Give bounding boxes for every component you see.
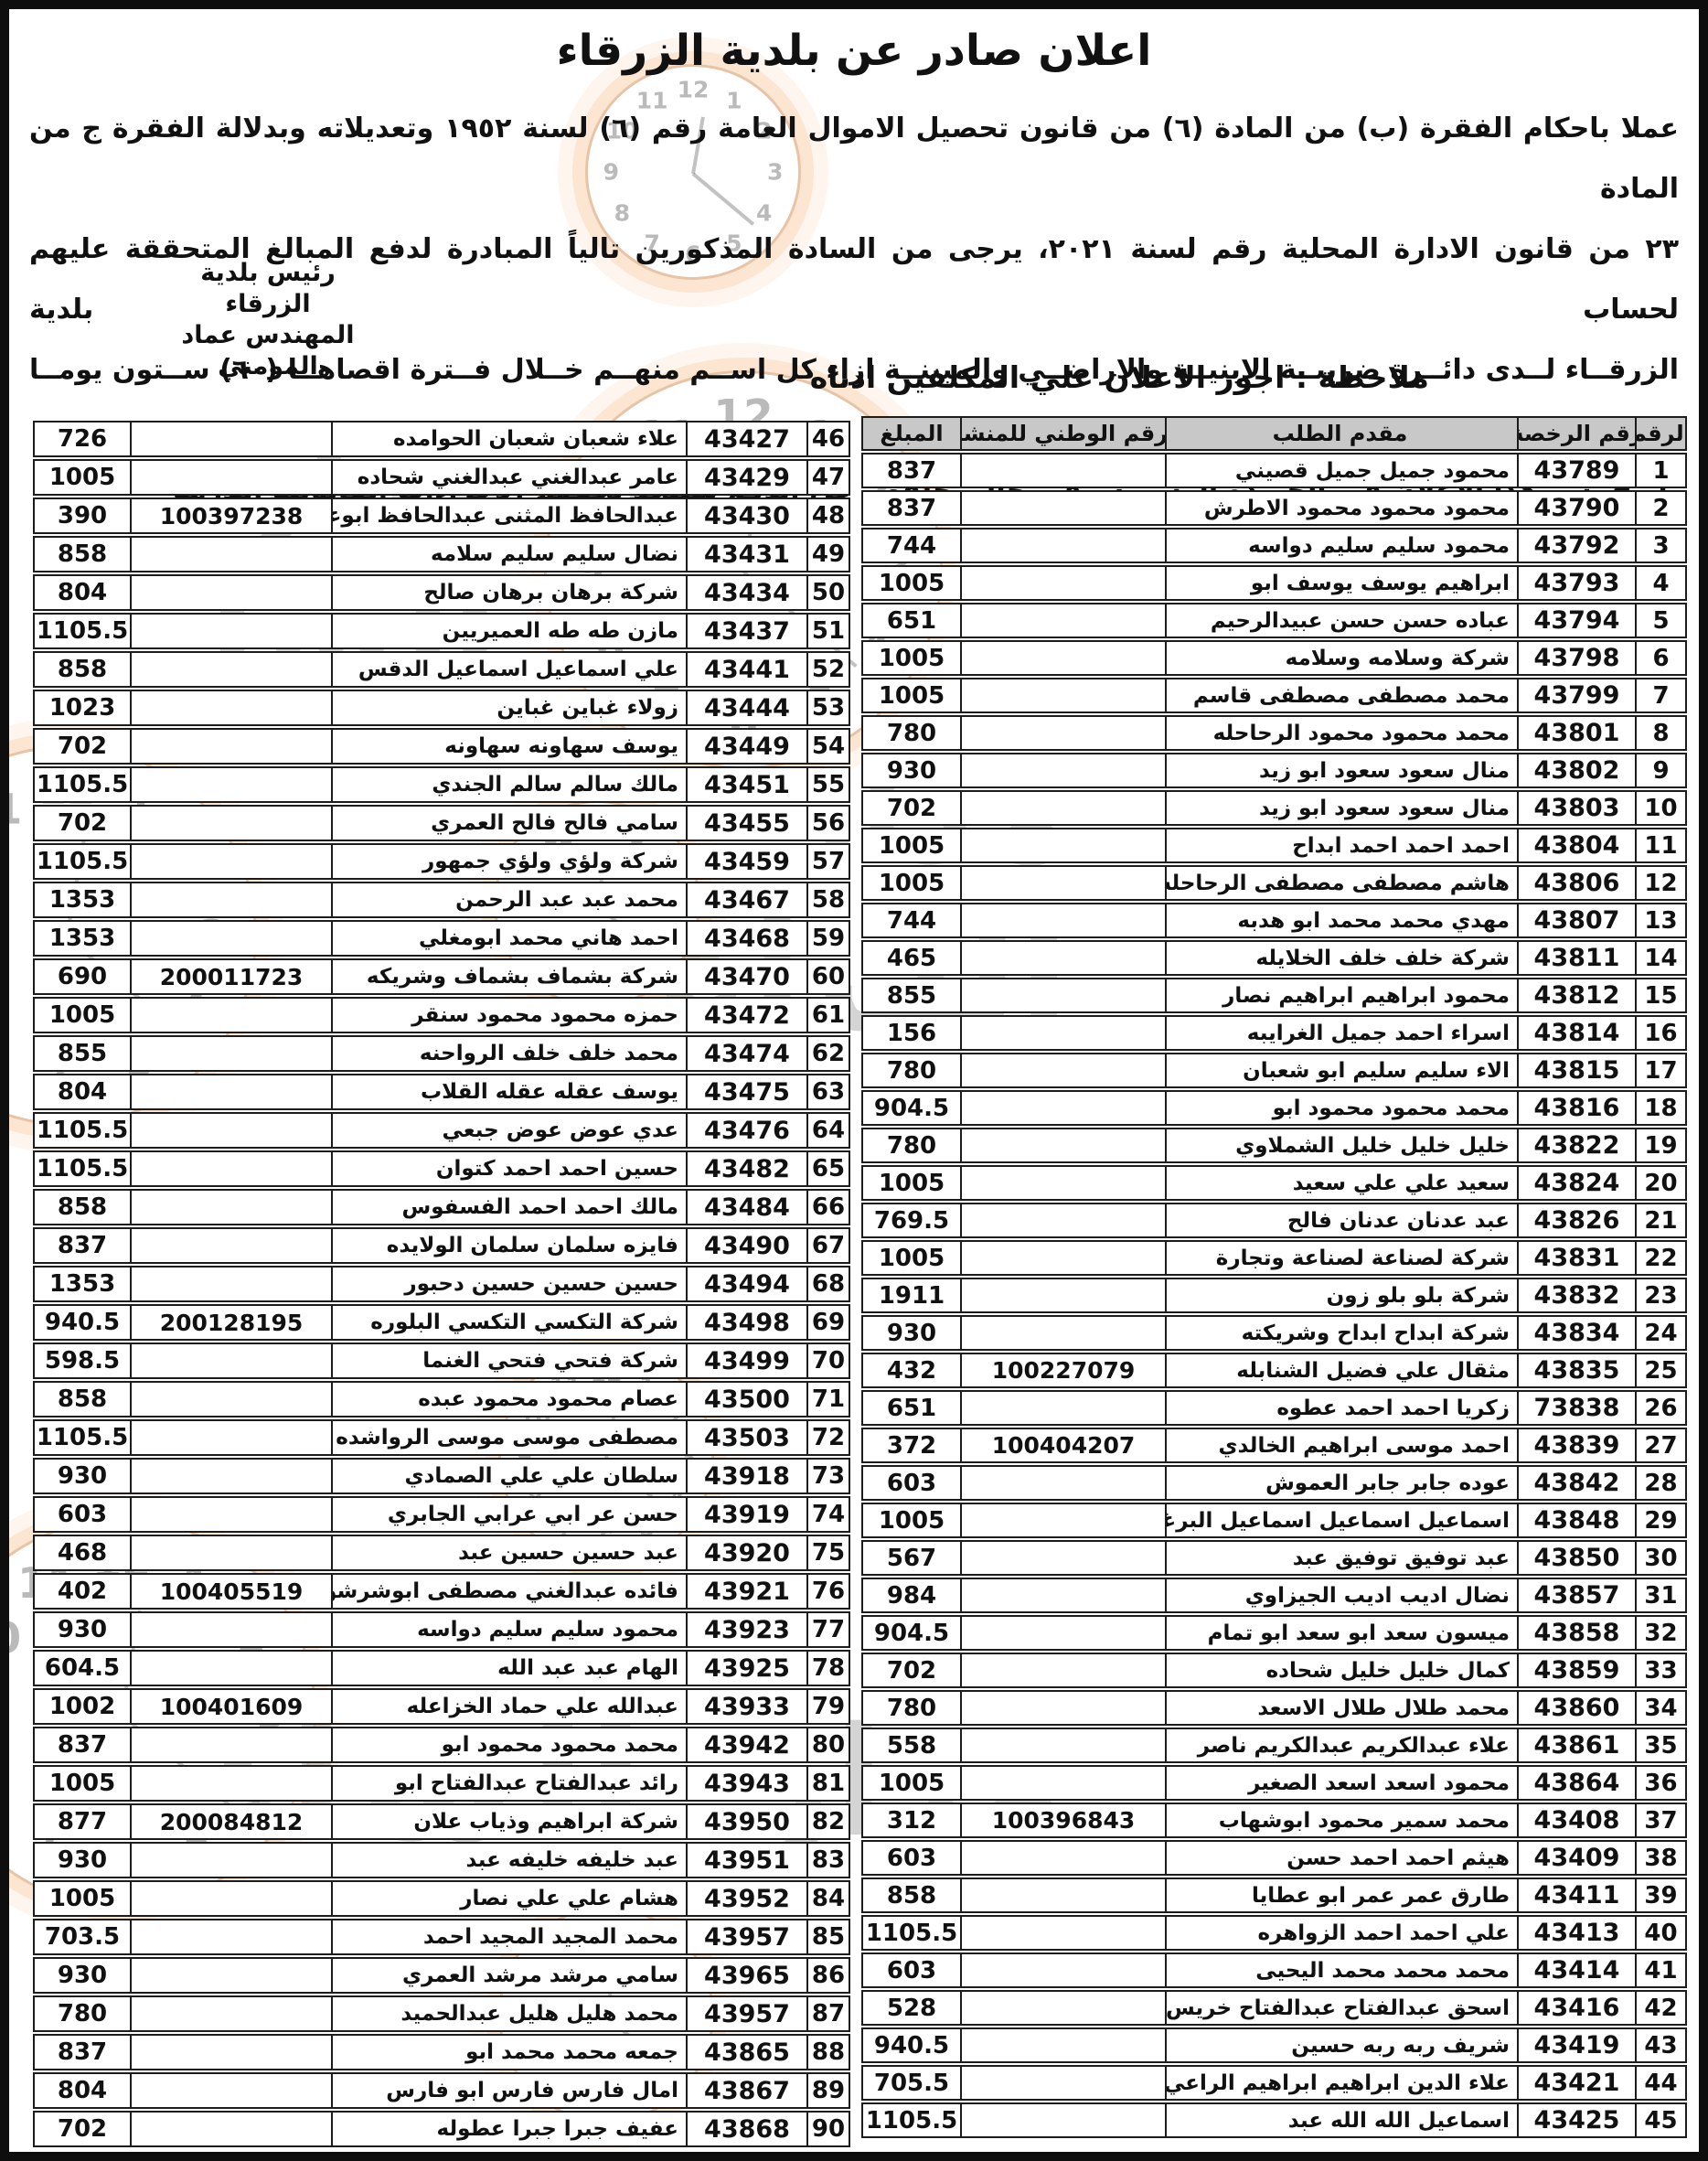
national-id (960, 1765, 1167, 1801)
applicant-name: رائد عبدالفتاح عبدالفتاح ابو (331, 1765, 688, 1802)
national-id (130, 1150, 333, 1187)
national-id (130, 651, 333, 688)
table-row: 8743957محمد هليل هليل عبدالحميد780 (33, 1995, 850, 2032)
license-number: 43790 (1517, 490, 1637, 526)
table-row: 4243416اسحق عبدالفتاح عبدالفتاح خريس528 (861, 1990, 1687, 2026)
table-row: 3943411طارق عمر عمر ابو عطايا858 (861, 1878, 1687, 1913)
row-number: 3 (1635, 528, 1687, 563)
table-row: 8343951عبد خليفه خليفه عبد930 (33, 1842, 850, 1878)
license-number: 43842 (1517, 1465, 1637, 1501)
table-row: 5343444زولاء غباين غباين1023 (33, 690, 850, 726)
table-row: 2743839احمد موسى ابراهيم الخالدي10040420… (861, 1428, 1687, 1463)
national-id (960, 640, 1167, 676)
applicant-name: ميسون سعد ابو سعد ابو تمام (1165, 1615, 1519, 1651)
national-id (960, 1390, 1167, 1426)
applicant-name: هشام علي علي نصار (331, 1880, 688, 1917)
amount: 858 (33, 1189, 132, 1225)
signature-title: رئيس بلدية الزرقاء (154, 258, 382, 320)
license-number: 43952 (686, 1880, 808, 1917)
applicant-name: جمعه محمد محمد ابو (331, 2034, 688, 2070)
license-number: 43437 (686, 613, 808, 649)
table-row: 2543835مثقال علي فضيل الشنابله1002270794… (861, 1353, 1687, 1388)
amount: 984 (861, 1578, 962, 1613)
table-row: 2943848اسماعيل اسماعيل اسماعيل البرغوثي1… (861, 1503, 1687, 1538)
applicant-name: محمود ابراهيم ابراهيم نصار (1165, 978, 1519, 1013)
amount: 744 (861, 903, 962, 938)
national-id (130, 1727, 333, 1763)
table-row: 4543425اسماعيل الله الله عبد1105.5 (861, 2102, 1687, 2138)
amount: 780 (861, 1128, 962, 1163)
table-row: 3543861علاء عبدالكريم عبدالكريم ناصر558 (861, 1728, 1687, 1763)
applicant-name: محمود سليم سليم دواسه (331, 1611, 688, 1648)
national-id (960, 528, 1167, 563)
amount: 1005 (33, 1880, 132, 1917)
row-number: 11 (1635, 828, 1687, 863)
license-number: 43933 (686, 1688, 808, 1725)
amount: 930 (33, 1611, 132, 1648)
paragraph-line: عملا باحكام الفقرة (ب) من المادة (٦) من … (29, 99, 1679, 219)
row-number: 24 (1635, 1315, 1687, 1351)
national-id (130, 805, 333, 841)
row-number: 27 (1635, 1428, 1687, 1463)
license-number: 43957 (686, 1995, 808, 2032)
national-id (130, 843, 333, 880)
applicant-name: محمد مصطفى مصطفى قاسم (1165, 678, 1519, 713)
license-number: 43499 (686, 1343, 808, 1379)
license-number: 43476 (686, 1112, 808, 1149)
amount: 1005 (861, 1165, 962, 1201)
applicant-name: شركة لصناعة لصناعة وتجارة (1165, 1240, 1519, 1276)
amount: 468 (33, 1535, 132, 1571)
license-number: 43950 (686, 1803, 808, 1840)
table-row: 2673838زكريا احمد احمد عطوه651 (861, 1390, 1687, 1426)
table-row: 7343918سلطان علي علي الصمادي930 (33, 1458, 850, 1494)
row-number: 32 (1635, 1615, 1687, 1651)
national-id (960, 1915, 1167, 1951)
national-id (130, 1035, 333, 1072)
table-row: 3843409هيثم احمد احمد حسن603 (861, 1840, 1687, 1876)
applicant-name: سعيد علي علي سعيد (1165, 1165, 1519, 1201)
license-number: 43835 (1517, 1353, 1637, 1388)
row-number: 5 (1635, 603, 1687, 638)
amount: 372 (861, 1428, 962, 1463)
national-id (960, 1053, 1167, 1088)
table-row: 4943431نضال سليم سليم سلامه858 (33, 536, 850, 572)
national-id (130, 536, 333, 572)
applicant-name: شركة ابراهيم وذياب علان (331, 1803, 688, 1840)
row-number: 53 (806, 690, 850, 726)
clock-digit: 7 (0, 1038, 8, 1086)
national-id (960, 790, 1167, 826)
row-number: 25 (1635, 1353, 1687, 1388)
applicant-name: علاء شعبان شعبان الحوامده (331, 421, 688, 457)
row-number: 89 (806, 2072, 850, 2109)
table-row: 1243806هاشم مصطفى مصطفى الرحاحله1005 (861, 865, 1687, 901)
license-number: 43918 (686, 1458, 808, 1494)
national-id (130, 1458, 333, 1494)
table-row: 543794عباده حسن حسن عبيدالرحيم651 (861, 603, 1687, 638)
national-id: 200011723 (130, 958, 333, 995)
table-row: 3143857نضال اديب اديب الجيزاوي984 (861, 1578, 1687, 1613)
applicant-name: شريف ربه ربه حسين (1165, 2027, 1519, 2063)
applicant-name: ابراهيم يوسف يوسف ابو (1165, 565, 1519, 601)
amount: 558 (861, 1728, 962, 1763)
table-row: 1643814اسراء احمد جميل الغرايبه156 (861, 1015, 1687, 1051)
row-number: 72 (806, 1419, 850, 1456)
applicant-name: علاء الدين ابراهيم ابراهيم الراعي (1165, 2065, 1519, 2101)
row-number: 79 (806, 1688, 850, 1725)
license-number: 43441 (686, 651, 808, 688)
national-id (960, 678, 1167, 713)
license-number: 43860 (1517, 1690, 1637, 1726)
license-number: 43839 (1517, 1428, 1637, 1463)
row-number: 4 (1635, 565, 1687, 601)
national-id (130, 766, 333, 803)
table-row: 1043803منال سعود سعود ابو زيد702 (861, 790, 1687, 826)
table-row: 7143500عصام محمود محمود عبده858 (33, 1381, 850, 1417)
amount: 858 (861, 1878, 962, 1913)
amount: 1353 (33, 920, 132, 957)
license-number: 43430 (686, 497, 808, 534)
national-id (130, 1266, 333, 1302)
row-number: 33 (1635, 1653, 1687, 1688)
table-row: 5443449يوسف سهاونه سهاونه702 (33, 728, 850, 765)
row-number: 58 (806, 882, 850, 918)
row-number: 19 (1635, 1128, 1687, 1163)
row-number: 49 (806, 536, 850, 572)
national-id (130, 1112, 333, 1149)
row-number: 69 (806, 1304, 850, 1341)
row-number: 51 (806, 613, 850, 649)
applicant-name: محمود محمود محمود الاطرش (1165, 490, 1519, 526)
license-number: 43942 (686, 1727, 808, 1763)
applicant-name: شركة بلو بلو زون (1165, 1278, 1519, 1313)
amount: 690 (33, 958, 132, 995)
amount: 1105.5 (33, 1112, 132, 1149)
amount: 1353 (33, 1266, 132, 1302)
row-number: 35 (1635, 1728, 1687, 1763)
national-id (130, 1995, 333, 2032)
table-row: 8643965سامي مرشد مرشد العمري930 (33, 1957, 850, 1994)
applicant-name: محمد محمود محمود الرحاحله (1165, 715, 1519, 751)
license-number: 43850 (1517, 1540, 1637, 1576)
amount: 651 (861, 1390, 962, 1426)
license-number: 43431 (686, 536, 808, 572)
table-row: 7543920عبد حسين حسين عبد468 (33, 1535, 850, 1571)
amount: 598.5 (33, 1343, 132, 1379)
row-number: 45 (1635, 2102, 1687, 2138)
license-number: 43857 (1517, 1578, 1637, 1613)
license-number: 43811 (1517, 940, 1637, 976)
license-number: 43834 (1517, 1315, 1637, 1351)
row-number: 22 (1635, 1240, 1687, 1276)
amount: 804 (33, 574, 132, 611)
applicant-name: فايزه سلمان سلمان الولايده (331, 1227, 688, 1264)
row-number: 56 (806, 805, 850, 841)
amount: 1005 (861, 828, 962, 863)
table-row: 1743815الاء سليم سليم ابو شعبان780 (861, 1053, 1687, 1088)
national-id (960, 865, 1167, 901)
license-number: 43861 (1517, 1728, 1637, 1763)
row-number: 85 (806, 1919, 850, 1955)
license-number: 43812 (1517, 978, 1637, 1013)
row-number: 75 (806, 1535, 850, 1571)
amount: 855 (33, 1035, 132, 1072)
table-row: 2443834شركة ابداح ابداح وشريكته930 (861, 1315, 1687, 1351)
applicant-name: اسماعيل اسماعيل اسماعيل البرغوثي (1165, 1503, 1519, 1538)
amount: 726 (33, 421, 132, 457)
applicant-name: اسحق عبدالفتاح عبدالفتاح خريس (1165, 1990, 1519, 2026)
row-number: 17 (1635, 1053, 1687, 1088)
license-number: 43794 (1517, 603, 1637, 638)
license-number: 43455 (686, 805, 808, 841)
row-number: 80 (806, 1727, 850, 1763)
table-row: 7643921فائده عبدالغني مصطفى ابوشرشوح1004… (33, 1573, 850, 1610)
amount: 1005 (33, 459, 132, 496)
table-row: 4043413علي احمد احمد الزواهره1105.5 (861, 1915, 1687, 1951)
applicant-name: سامي مرشد مرشد العمري (331, 1957, 688, 1994)
applicant-name: محمد محمد محمد اليحيى (1165, 1952, 1519, 1988)
applicant-name: محمد عبد عبد الرحمن (331, 882, 688, 918)
national-id (960, 603, 1167, 638)
applicant-name: عوده جابر جابر العموش (1165, 1465, 1519, 1501)
table-row: 5743459شركة ولؤي ولؤي جمهور1105.5 (33, 843, 850, 880)
national-id (130, 1919, 333, 1955)
license-number: 43858 (1517, 1615, 1637, 1651)
license-number: 43498 (686, 1304, 808, 1341)
amount: 1105.5 (33, 843, 132, 880)
amount: 603 (33, 1496, 132, 1533)
national-id (960, 1540, 1167, 1576)
row-number: 20 (1635, 1165, 1687, 1201)
applicant-name: علاء عبدالكريم عبدالكريم ناصر (1165, 1728, 1519, 1763)
table-row: 1143804احمد احمد احمد ابداح1005 (861, 828, 1687, 863)
fees-note: ملاحظة : اجور الاعلان علي المكلفين ادناه (810, 359, 1429, 395)
national-id: 200084812 (130, 1803, 333, 1840)
applicant-name: احمد موسى ابراهيم الخالدي (1165, 1428, 1519, 1463)
national-id (960, 2065, 1167, 2101)
national-id (960, 2027, 1167, 2063)
amount: 465 (861, 940, 962, 976)
amount: 769.5 (861, 1203, 962, 1238)
applicant-name: عصام محمود محمود عبده (331, 1381, 688, 1417)
row-number: 84 (806, 1880, 850, 1917)
license-number: 43826 (1517, 1203, 1637, 1238)
clock-digit: 10 (0, 1613, 21, 1663)
license-number: 43865 (686, 2034, 808, 2070)
license-number: 43482 (686, 1150, 808, 1187)
national-id (960, 1990, 1167, 2026)
national-id: 100405519 (130, 1573, 333, 1610)
national-id (960, 1278, 1167, 1313)
row-number: 81 (806, 1765, 850, 1802)
amount: 780 (861, 715, 962, 751)
national-id (130, 459, 333, 496)
table-row: 7943933عبدالله علي حماد الخزاعله10040160… (33, 1688, 850, 1725)
row-number: 2 (1635, 490, 1687, 526)
national-id (130, 997, 333, 1033)
amount: 858 (33, 651, 132, 688)
national-id (130, 1650, 333, 1686)
amount: 528 (861, 1990, 962, 2026)
applicant-name: كمال خليل خليل شحاده (1165, 1653, 1519, 1688)
table-row: 3743408محمد سمير محمود ابوشهاب1003968433… (861, 1803, 1687, 1838)
applicant-name: يوسف عقله عقله القلاب (331, 1074, 688, 1110)
table-row: 3043850عبد توفيق توفيق عبد567 (861, 1540, 1687, 1576)
national-id (960, 1653, 1167, 1688)
applicant-name: احمد احمد احمد ابداح (1165, 828, 1519, 863)
license-number: 43475 (686, 1074, 808, 1110)
license-number: 43920 (686, 1535, 808, 1571)
applicant-name: هيثم احمد احمد حسن (1165, 1840, 1519, 1876)
row-number: 47 (806, 459, 850, 496)
table-row: 5843467محمد عبد عبد الرحمن1353 (33, 882, 850, 918)
national-id (960, 1128, 1167, 1163)
row-number: 50 (806, 574, 850, 611)
row-number: 36 (1635, 1765, 1687, 1801)
license-number: 43815 (1517, 1053, 1637, 1088)
license-number: 43832 (1517, 1278, 1637, 1313)
row-number: 15 (1635, 978, 1687, 1013)
amount: 603 (861, 1465, 962, 1501)
announcement-page: 1212345678910111212345678910111212345678… (0, 0, 1708, 2161)
row-number: 71 (806, 1381, 850, 1417)
table-row: 8443952هشام علي علي نصار1005 (33, 1880, 850, 1917)
amount: 930 (861, 1315, 962, 1351)
row-number: 10 (1635, 790, 1687, 826)
table-row: 1943822خليل خليل خليل الشملاوي780 (861, 1128, 1687, 1163)
license-number: 43831 (1517, 1240, 1637, 1276)
amount: 1005 (861, 640, 962, 676)
applicant-name: شركة ابداح ابداح وشريكته (1165, 1315, 1519, 1351)
license-number: 43416 (1517, 1990, 1637, 2026)
license-number: 43494 (686, 1266, 808, 1302)
applicant-name: امال فارس فارس ابو فارس (331, 2072, 688, 2109)
amount: 744 (861, 528, 962, 563)
national-id (960, 715, 1167, 751)
license-number: 43425 (1517, 2102, 1637, 2138)
applicant-name: زكريا احمد احمد عطوه (1165, 1390, 1519, 1426)
national-id (130, 1842, 333, 1878)
license-number: 43921 (686, 1573, 808, 1610)
table-row: 5643455سامي فالح فالح العمري702 (33, 805, 850, 841)
license-number: 43798 (1517, 640, 1637, 676)
national-id (960, 1952, 1167, 1988)
applicant-name: علي احمد احمد الزواهره (1165, 1915, 1519, 1951)
table-row: 6743490فايزه سلمان سلمان الولايده837 (33, 1227, 850, 1264)
amount: 1005 (861, 678, 962, 713)
amount: 1105.5 (33, 1150, 132, 1187)
national-id: 100227079 (960, 1353, 1167, 1388)
license-number: 43427 (686, 421, 808, 457)
license-number: 43474 (686, 1035, 808, 1072)
license-number: 43408 (1517, 1803, 1637, 1838)
applicant-name: عدي عوض عوض جبعي (331, 1112, 688, 1149)
license-number: 43814 (1517, 1015, 1637, 1051)
national-id (130, 920, 333, 957)
applicant-name: محمد محمود محمود ابو (331, 1727, 688, 1763)
applicant-name: مثقال علي فضيل الشنابله (1165, 1353, 1519, 1388)
national-id (130, 1189, 333, 1225)
row-number: 59 (806, 920, 850, 957)
applicant-name: منال سعود سعود ابو زيد (1165, 790, 1519, 826)
national-id (960, 1465, 1167, 1501)
row-number: 76 (806, 1573, 850, 1610)
table-row: 8843865جمعه محمد محمد ابو837 (33, 2034, 850, 2070)
table-row: 6543482حسين احمد احمد كتوان1105.5 (33, 1150, 850, 1187)
amount: 837 (33, 1227, 132, 1264)
license-number: 43957 (686, 1919, 808, 1955)
applicant-name: عبد توفيق توفيق عبد (1165, 1540, 1519, 1576)
national-id (960, 2102, 1167, 2138)
row-number: 60 (806, 958, 850, 995)
national-id (130, 613, 333, 649)
license-number: 43793 (1517, 565, 1637, 601)
amount: 904.5 (861, 1090, 962, 1126)
amount: 1105.5 (33, 766, 132, 803)
national-id: 100396843 (960, 1803, 1167, 1838)
table-row: 6643484مالك احمد احمد الفسفوس858 (33, 1189, 850, 1225)
row-number: 68 (806, 1266, 850, 1302)
license-number: 43484 (686, 1189, 808, 1225)
license-number: 73838 (1517, 1390, 1637, 1426)
license-number: 43500 (686, 1381, 808, 1417)
table-row: 8043942محمد محمود محمود ابو837 (33, 1727, 850, 1763)
national-id (130, 1535, 333, 1571)
amount: 702 (33, 2111, 132, 2147)
amount: 702 (33, 805, 132, 841)
amount: 1105.5 (861, 1915, 962, 1951)
amount: 780 (33, 1995, 132, 2032)
amount: 651 (861, 603, 962, 638)
national-id (130, 728, 333, 765)
national-id (960, 565, 1167, 601)
national-id (130, 421, 333, 457)
national-id (960, 903, 1167, 938)
license-number: 43816 (1517, 1090, 1637, 1126)
license-number: 43806 (1517, 865, 1637, 901)
national-id (130, 1381, 333, 1417)
row-number: 61 (806, 997, 850, 1033)
table-row: 2843842عوده جابر جابر العموش603 (861, 1465, 1687, 1501)
table-row: 4343419شريف ربه ربه حسين940.5 (861, 2027, 1687, 2063)
amount: 1005 (861, 865, 962, 901)
table-row: 4743429عامر عبدالغني عبدالغني شحاده1005 (33, 459, 850, 496)
national-id (130, 690, 333, 726)
national-id: 100404207 (960, 1428, 1167, 1463)
amount: 804 (33, 1074, 132, 1110)
table-body: 143789محمود جميل جميل قصيني837243790محمو… (861, 453, 1687, 2138)
license-number: 43923 (686, 1611, 808, 1648)
applicant-name: الاء سليم سليم ابو شعبان (1165, 1053, 1519, 1088)
applicant-name: منال سعود سعود ابو زيد (1165, 753, 1519, 788)
row-number: 16 (1635, 1015, 1687, 1051)
signature-block: رئيس بلدية الزرقاء المهندس عماد المومني (154, 258, 382, 382)
clock-digit: 11 (0, 785, 22, 833)
amount: 837 (861, 453, 962, 488)
amount: 837 (33, 2034, 132, 2070)
amount: 390 (33, 497, 132, 534)
national-id (130, 1611, 333, 1648)
amount: 837 (861, 490, 962, 526)
applicant-name: محمد هليل هليل عبدالحميد (331, 1995, 688, 2032)
row-number: 86 (806, 1957, 850, 1994)
amount: 402 (33, 1573, 132, 1610)
license-number: 43802 (1517, 753, 1637, 788)
license-number: 43409 (1517, 1840, 1637, 1876)
table-header-row: الرقم رقم الرخصة مقدم الطلب الرقم الوطني… (861, 416, 1687, 451)
clock-digit: 8 (0, 1763, 6, 1813)
